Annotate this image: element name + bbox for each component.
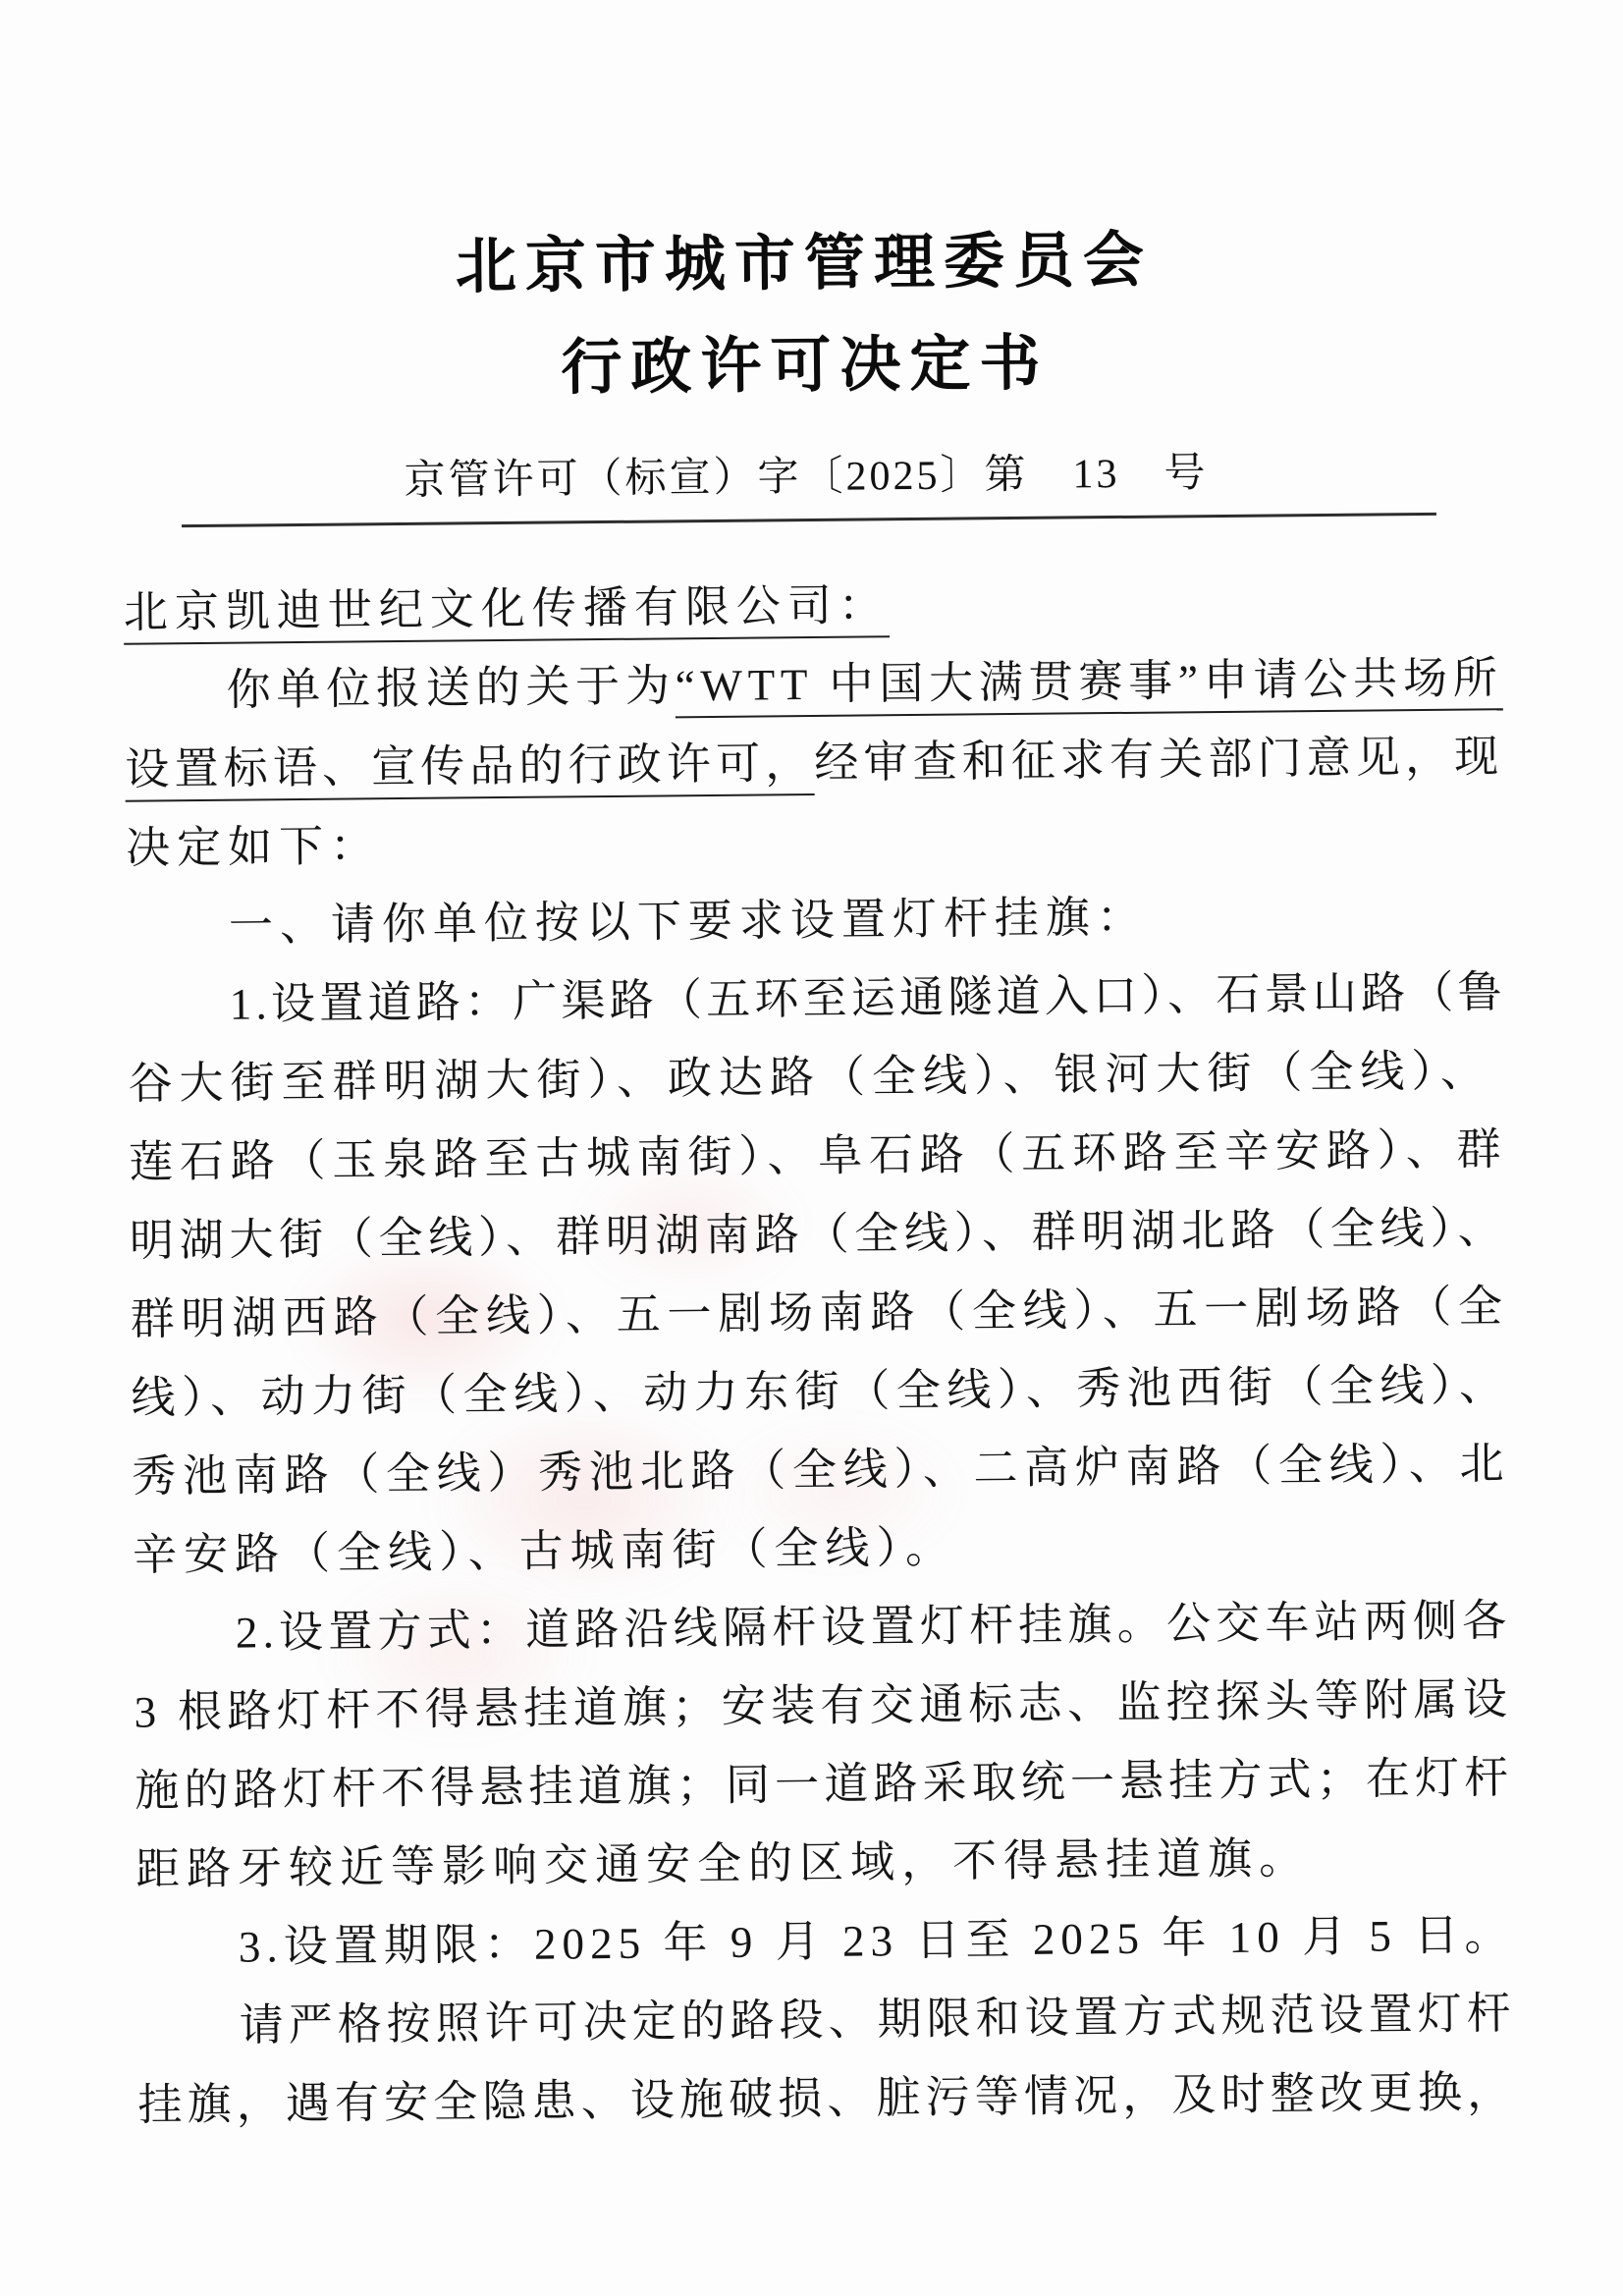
body-line: 设置标语、宣传品的行政许可，经审查和征求有关部门意见，现	[125, 717, 1502, 808]
body-line: 挂旗，遇有安全隐患、设施破损、脏污等情况，及时整改更换，	[137, 2052, 1515, 2144]
body-line: 决定如下：	[126, 795, 1503, 887]
body-line: 北京凯迪世纪文化传播有限公司：	[123, 560, 1500, 651]
text-segment: 距路牙较近等影响交通安全的区域，不得悬挂道旗。	[135, 1833, 1310, 1893]
body-line: 1.设置道路：广渠路（五环至运通隧道入口）、石景山路（鲁	[127, 953, 1504, 1044]
body-line: 距路牙较近等影响交通安全的区域，不得悬挂道旗。	[135, 1817, 1513, 1908]
text-segment: 莲石路（玉泉路至古城南街）、阜石路（五环路至辛安路）、群	[129, 1124, 1507, 1186]
document-body: 北京凯迪世纪文化传播有限公司：你单位报送的关于为“WTT 中国大满贯赛事”申请公…	[123, 560, 1514, 2144]
text-segment: 决定如下：	[126, 821, 381, 872]
body-line: 莲石路（玉泉路至古城南街）、阜石路（五环路至辛安路）、群	[129, 1110, 1506, 1201]
body-line: 3.设置期限：2025 年 9 月 23 日至 2025 年 10 月 5 日。	[136, 1895, 1514, 1987]
text-segment: 辛安路（全线）、古城南街（全线）。	[133, 1523, 956, 1580]
scanned-page: 北京市城市管理委员会 行政许可决定书 京管许可（标宣）字〔2025〕第 13 号…	[0, 0, 1623, 2296]
text-segment: 一、请你单位按以下要求设置灯杆挂旗：	[229, 893, 1148, 951]
body-line: 群明湖西路（全线）、五一剧场南路（全线）、五一剧场路（全	[130, 1267, 1507, 1358]
text-segment: 线）、动力街（全线）、动力东街（全线）、秀池西街（全线）、	[131, 1360, 1510, 1422]
body-line: 施的路灯杆不得悬挂道旗；同一道路采取统一悬挂方式；在灯杆	[135, 1738, 1512, 1830]
body-line: 你单位报送的关于为“WTT 中国大满贯赛事”申请公共场所	[124, 638, 1501, 730]
text-segment: 你单位报送的关于为	[226, 661, 676, 714]
underlined-text: 设置标语、宣传品的行政许可，	[125, 738, 814, 802]
body-line: 辛安路（全线）、古城南街（全线）。	[133, 1503, 1510, 1594]
text-segment: 明湖大街（全线）、群明湖南路（全线）、群明湖北路（全线）、	[130, 1203, 1508, 1265]
text-segment: 秀池南路（全线）秀池北路（全线）、二高炉南路（全线）、北	[132, 1439, 1510, 1501]
text-segment: 谷大街至群明湖大街）、政达路（全线）、银河大街（全线）、	[128, 1046, 1491, 1108]
text-segment: 群明湖西路（全线）、五一剧场南路（全线）、五一剧场路（全	[131, 1282, 1509, 1343]
body-line: 谷大街至群明湖大街）、政达路（全线）、银河大街（全线）、	[128, 1031, 1505, 1122]
text-segment: 1.设置道路：广渠路（五环至运通隧道入口）、石景山路（鲁	[229, 967, 1506, 1028]
document-number: 京管许可（标宣）字〔2025〕第 13 号	[0, 436, 1618, 511]
body-line: 2.设置方式：道路沿线隔杆设置灯杆挂旗。公交车站两侧各	[133, 1581, 1510, 1672]
text-segment: 3.设置期限：2025 年 9 月 23 日至 2025 年 10 月 5 日。	[239, 1910, 1515, 1971]
body-line: 线）、动力街（全线）、动力东街（全线）、秀池西街（全线）、	[131, 1345, 1508, 1437]
text-segment: 施的路灯杆不得悬挂道旗；同一道路采取统一悬挂方式；在灯杆	[135, 1753, 1513, 1815]
text-segment: 2.设置方式：道路沿线隔杆设置灯杆挂旗。公交车站两侧各	[236, 1596, 1512, 1657]
body-line: 明湖大街（全线）、群明湖南路（全线）、群明湖北路（全线）、	[130, 1188, 1507, 1280]
text-segment: 请严格按照许可决定的路段、期限和设置方式规范设置灯杆	[239, 1989, 1515, 2050]
body-line: 3 根路灯杆不得悬挂道旗；安装有交通标志、监控探头等附属设	[134, 1660, 1511, 1751]
header-divider	[182, 513, 1436, 527]
underlined-text: 北京凯迪世纪文化传播有限公司：	[124, 580, 891, 644]
text-segment: 3 根路灯杆不得悬挂道旗；安装有交通标志、监控探头等附属设	[134, 1674, 1512, 1736]
body-line: 一、请你单位按以下要求设置灯杆挂旗：	[127, 874, 1504, 965]
body-line: 请严格按照许可决定的路段、期限和设置方式规范设置灯杆	[136, 1974, 1514, 2065]
text-segment: 挂旗，遇有安全隐患、设施破损、脏污等情况，及时整改更换，	[137, 2067, 1516, 2129]
body-line: 秀池南路（全线）秀池北路（全线）、二高炉南路（全线）、北	[132, 1424, 1509, 1515]
text-segment: 经审查和征求有关部门意见，现	[814, 732, 1503, 788]
page-title-line1: 北京市城市管理委员会	[0, 206, 1616, 309]
underlined-text: “WTT 中国大满贯赛事”申请公共场所	[675, 653, 1502, 718]
page-title-line2: 行政许可决定书	[0, 308, 1617, 411]
